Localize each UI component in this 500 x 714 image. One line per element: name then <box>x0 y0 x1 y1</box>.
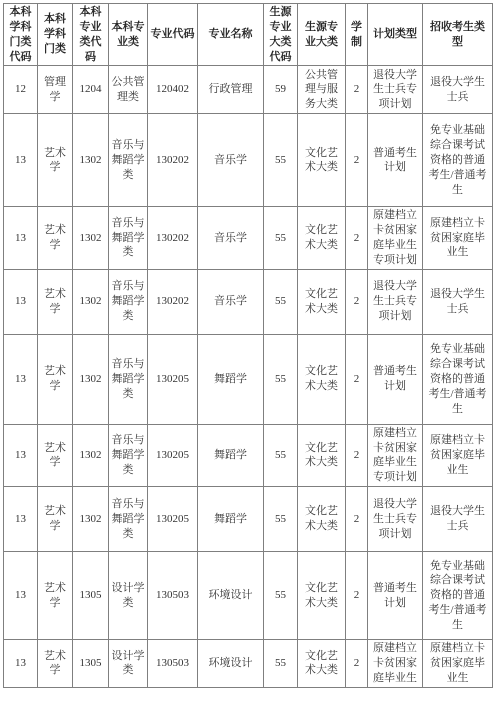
table-cell: 13 <box>4 334 38 424</box>
table-cell: 退役大学生士兵 <box>423 269 493 334</box>
table-cell: 55 <box>264 114 298 207</box>
table-cell: 55 <box>264 487 298 552</box>
table-cell: 2 <box>346 269 368 334</box>
table-cell: 环境设计 <box>198 640 264 688</box>
admission-plan-table: 本科学科门类代码本科学科门类本科专业类代码本科专业类专业代码专业名称生源专业大类… <box>3 3 493 688</box>
table-cell: 55 <box>264 552 298 640</box>
table-cell: 原建档立卡贫困家庭毕业生 <box>423 640 493 688</box>
table-cell: 文化艺术大类 <box>298 207 346 269</box>
table-cell: 环境设计 <box>198 552 264 640</box>
table-cell: 59 <box>264 66 298 114</box>
table-cell: 1302 <box>73 487 109 552</box>
table-cell: 艺术学 <box>38 114 73 207</box>
table-cell: 文化艺术大类 <box>298 269 346 334</box>
table-cell: 音乐与舞蹈学类 <box>109 424 148 486</box>
table-cell: 免专业基础综合课考试资格的普通考生/普通考生 <box>423 552 493 640</box>
table-cell: 普通考生计划 <box>368 114 423 207</box>
header-undergrad-major-class: 本科专业类 <box>109 4 148 66</box>
table-cell: 130503 <box>148 640 198 688</box>
table-cell: 130202 <box>148 269 198 334</box>
table-cell: 13 <box>4 207 38 269</box>
table-cell: 免专业基础综合课考试资格的普通考生/普通考生 <box>423 334 493 424</box>
table-cell: 文化艺术大类 <box>298 334 346 424</box>
header-study-length: 学制 <box>346 4 368 66</box>
header-source-major-category: 生源专业大类 <box>298 4 346 66</box>
table-row: 13艺术学1302音乐与舞蹈学类130205舞蹈学55文化艺术大类2原建档立卡贫… <box>4 424 493 486</box>
table-cell: 2 <box>346 114 368 207</box>
table-cell: 设计学类 <box>109 552 148 640</box>
table-cell: 原建档立卡贫困家庭毕业生专项计划 <box>368 207 423 269</box>
table-cell: 艺术学 <box>38 207 73 269</box>
table-cell: 艺术学 <box>38 487 73 552</box>
table-cell: 退役大学生士兵 <box>423 487 493 552</box>
table-cell: 文化艺术大类 <box>298 487 346 552</box>
table-cell: 2 <box>346 66 368 114</box>
header-recruit-candidate-type: 招收考生类型 <box>423 4 493 66</box>
table-cell: 文化艺术大类 <box>298 114 346 207</box>
table-cell: 行政管理 <box>198 66 264 114</box>
table-cell: 音乐学 <box>198 269 264 334</box>
table-cell: 舞蹈学 <box>198 487 264 552</box>
table-cell: 原建档立卡贫困家庭毕业生 <box>423 424 493 486</box>
table-cell: 音乐与舞蹈学类 <box>109 334 148 424</box>
header-row: 本科学科门类代码本科学科门类本科专业类代码本科专业类专业代码专业名称生源专业大类… <box>4 4 493 66</box>
document-page: 本科学科门类代码本科学科门类本科专业类代码本科专业类专业代码专业名称生源专业大类… <box>0 0 500 714</box>
table-cell: 1204 <box>73 66 109 114</box>
table-cell: 1302 <box>73 207 109 269</box>
table-cell: 音乐与舞蹈学类 <box>109 269 148 334</box>
table-cell: 130205 <box>148 424 198 486</box>
table-cell: 舞蹈学 <box>198 424 264 486</box>
table-cell: 1302 <box>73 114 109 207</box>
header-source-major-category-code: 生源专业大类代码 <box>264 4 298 66</box>
table-cell: 130205 <box>148 334 198 424</box>
table-cell: 55 <box>264 334 298 424</box>
table-cell: 音乐与舞蹈学类 <box>109 114 148 207</box>
table-cell: 退役大学生士兵专项计划 <box>368 487 423 552</box>
table-cell: 普通考生计划 <box>368 552 423 640</box>
table-cell: 音乐学 <box>198 114 264 207</box>
table-cell: 55 <box>264 207 298 269</box>
table-cell: 130202 <box>148 207 198 269</box>
table-cell: 1305 <box>73 552 109 640</box>
table-cell: 艺术学 <box>38 552 73 640</box>
table-cell: 130202 <box>148 114 198 207</box>
table-cell: 原建档立卡贫困家庭毕业生 <box>423 207 493 269</box>
table-cell: 舞蹈学 <box>198 334 264 424</box>
table-row: 12管理学1204公共管理类120402行政管理59公共管理与服务大类2退役大学… <box>4 66 493 114</box>
table-cell: 1302 <box>73 334 109 424</box>
table-cell: 文化艺术大类 <box>298 552 346 640</box>
table-row: 13艺术学1305设计学类130503环境设计55文化艺术大类2普通考生计划免专… <box>4 552 493 640</box>
table-row: 13艺术学1302音乐与舞蹈学类130205舞蹈学55文化艺术大类2普通考生计划… <box>4 334 493 424</box>
header-undergrad-discipline-code: 本科学科门类代码 <box>4 4 38 66</box>
table-cell: 音乐与舞蹈学类 <box>109 207 148 269</box>
table-cell: 2 <box>346 552 368 640</box>
table-cell: 文化艺术大类 <box>298 424 346 486</box>
table-body: 12管理学1204公共管理类120402行政管理59公共管理与服务大类2退役大学… <box>4 66 493 687</box>
table-cell: 文化艺术大类 <box>298 640 346 688</box>
table-row: 13艺术学1302音乐与舞蹈学类130202音乐学55文化艺术大类2原建档立卡贫… <box>4 207 493 269</box>
table-cell: 退役大学生士兵专项计划 <box>368 66 423 114</box>
header-major-name: 专业名称 <box>198 4 264 66</box>
table-cell: 音乐学 <box>198 207 264 269</box>
table-cell: 130503 <box>148 552 198 640</box>
table-row: 13艺术学1302音乐与舞蹈学类130202音乐学55文化艺术大类2普通考生计划… <box>4 114 493 207</box>
table-row: 13艺术学1302音乐与舞蹈学类130202音乐学55文化艺术大类2退役大学生士… <box>4 269 493 334</box>
table-cell: 55 <box>264 269 298 334</box>
table-cell: 13 <box>4 114 38 207</box>
table-cell: 管理学 <box>38 66 73 114</box>
table-cell: 艺术学 <box>38 424 73 486</box>
table-cell: 55 <box>264 640 298 688</box>
table-cell: 12 <box>4 66 38 114</box>
table-cell: 2 <box>346 424 368 486</box>
table-cell: 55 <box>264 424 298 486</box>
header-undergrad-major-class-code: 本科专业类代码 <box>73 4 109 66</box>
table-cell: 设计学类 <box>109 640 148 688</box>
table-cell: 公共管理与服务大类 <box>298 66 346 114</box>
table-cell: 13 <box>4 487 38 552</box>
table-cell: 艺术学 <box>38 640 73 688</box>
table-cell: 艺术学 <box>38 334 73 424</box>
table-cell: 120402 <box>148 66 198 114</box>
table-cell: 13 <box>4 640 38 688</box>
table-cell: 130205 <box>148 487 198 552</box>
table-cell: 原建档立卡贫困家庭毕业生 <box>368 640 423 688</box>
table-cell: 普通考生计划 <box>368 334 423 424</box>
header-major-code: 专业代码 <box>148 4 198 66</box>
table-cell: 1302 <box>73 424 109 486</box>
table-cell: 免专业基础综合课考试资格的普通考生/普通考生 <box>423 114 493 207</box>
table-row: 13艺术学1305设计学类130503环境设计55文化艺术大类2原建档立卡贫困家… <box>4 640 493 688</box>
table-cell: 1305 <box>73 640 109 688</box>
table-row: 13艺术学1302音乐与舞蹈学类130205舞蹈学55文化艺术大类2退役大学生士… <box>4 487 493 552</box>
table-cell: 2 <box>346 334 368 424</box>
table-cell: 艺术学 <box>38 269 73 334</box>
table-cell: 13 <box>4 269 38 334</box>
table-cell: 音乐与舞蹈学类 <box>109 487 148 552</box>
header-plan-type: 计划类型 <box>368 4 423 66</box>
table-cell: 退役大学生士兵 <box>423 66 493 114</box>
table-cell: 原建档立卡贫困家庭毕业生专项计划 <box>368 424 423 486</box>
table-cell: 1302 <box>73 269 109 334</box>
table-cell: 13 <box>4 552 38 640</box>
header-undergrad-discipline: 本科学科门类 <box>38 4 73 66</box>
table-header: 本科学科门类代码本科学科门类本科专业类代码本科专业类专业代码专业名称生源专业大类… <box>4 4 493 66</box>
table-cell: 2 <box>346 207 368 269</box>
table-cell: 2 <box>346 487 368 552</box>
table-cell: 13 <box>4 424 38 486</box>
table-cell: 公共管理类 <box>109 66 148 114</box>
table-cell: 2 <box>346 640 368 688</box>
table-cell: 退役大学生士兵专项计划 <box>368 269 423 334</box>
